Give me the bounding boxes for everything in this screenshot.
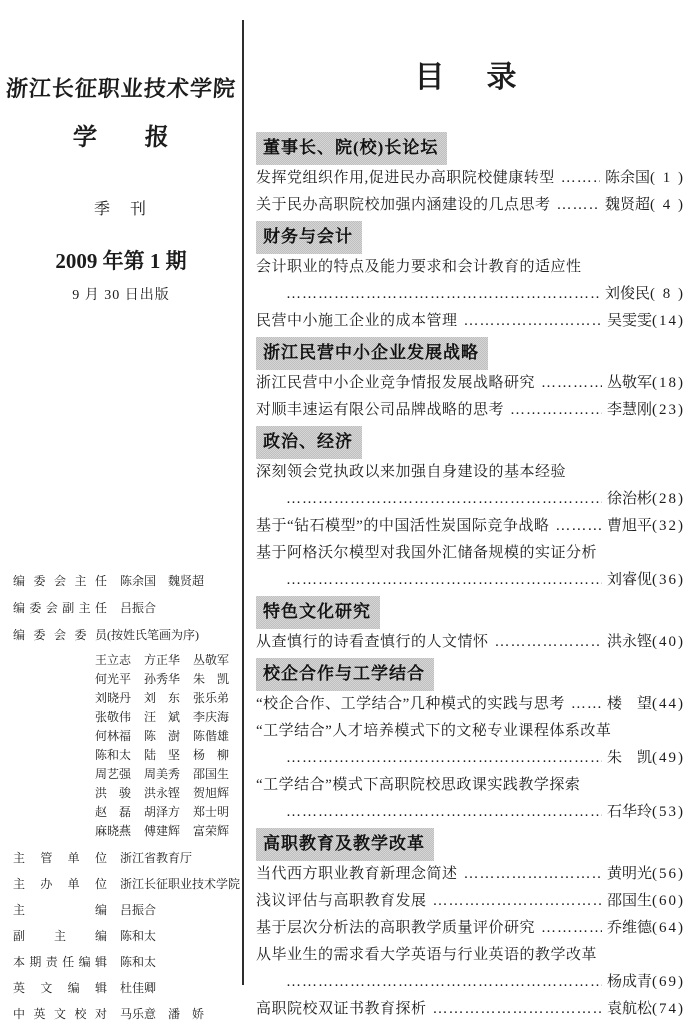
member-name: 陆 坚	[144, 746, 184, 765]
article-page-number: ( 4 )	[650, 192, 685, 219]
member-name: 孙秀华	[144, 670, 184, 689]
article-author: 刘睿伣	[607, 567, 652, 594]
section-header-wrap: 财务与会计	[256, 221, 685, 254]
section-header: 校企合作与工学结合	[256, 658, 434, 691]
member-name: 贺旭辉	[193, 784, 233, 803]
leader-dots: ………………………………………………………………………………………………	[464, 861, 602, 888]
member-name: 洪 骏	[95, 784, 135, 803]
journal-frequency: 季 刊	[0, 196, 242, 219]
toc-entry-continuation-line: ………………………………………………………………………………………………刘俊民(…	[256, 281, 685, 308]
article-author: 丛敬军	[607, 370, 652, 397]
toc-section: 政治、经济 深刻领会党执政以来加强自身建设的基本经验 ……………………………………	[256, 426, 685, 594]
editorial-row-label: 英文编辑	[13, 975, 107, 1001]
article-title: 从毕业生的需求看大学英语与行业英语的教学改革	[256, 942, 597, 969]
article-page-number: (14)	[652, 308, 685, 335]
member-name: 张敬伟	[95, 708, 135, 727]
article-page-number: (64)	[652, 915, 685, 942]
member-name: 陈和太	[95, 746, 135, 765]
section-header: 特色文化研究	[256, 596, 380, 629]
article-title: “校企合作、工学结合”几种模式的实践与思考	[256, 691, 565, 718]
toc-sections: 董事长、院(校)长论坛 发挥党组织作用,促进民办高职院校健康转型………………………	[245, 132, 692, 1023]
article-title: 从查慎行的诗看查慎行的人文情怀	[256, 629, 489, 656]
editorial-row-value: 浙江长征职业技术学院	[120, 877, 240, 891]
leader-dots: ………………………………………………………………………………………………	[433, 996, 602, 1023]
leader-dots: ………………………………………………………………………………………………	[286, 799, 602, 826]
article-author: 陈余国	[605, 165, 650, 192]
section-header: 财务与会计	[256, 221, 362, 254]
article-page-number: (69)	[652, 969, 685, 996]
toc-entry-continuation-line: ………………………………………………………………………………………………杨成青(…	[256, 969, 685, 996]
section-header-wrap: 浙江民营中小企业发展战略	[256, 337, 685, 370]
section-header-wrap: 政治、经济	[256, 426, 685, 459]
editorial-row: 编委会副主任吕振合	[13, 595, 238, 622]
member-row: 洪 骏洪永铿贺旭辉	[95, 784, 238, 803]
article-author: 邵国生	[607, 888, 652, 915]
journal-title: 浙江长征职业技术学院	[0, 72, 243, 103]
editorial-row: 编委会主任陈余国 魏贤超	[13, 568, 238, 595]
member-name: 王立志	[95, 651, 135, 670]
leader-dots: ………………………………………………………………………………………………	[286, 745, 602, 772]
editorial-row: 主办单位浙江长征职业技术学院	[13, 871, 238, 897]
editorial-row: 编委会委员(按姓氏笔画为序)	[13, 622, 238, 649]
toc-entry-continuation-line: ………………………………………………………………………………………………石华玲(…	[256, 799, 685, 826]
article-author: 李慧刚	[607, 397, 652, 424]
editorial-row-label: 副主编	[13, 923, 107, 949]
toc-entry: 高职院校双证书教育探析………………………………………………………………………………	[256, 996, 685, 1023]
toc-section: 董事长、院(校)长论坛 发挥党组织作用,促进民办高职院校健康转型………………………	[256, 132, 685, 219]
leader-dots: ………………………………………………………………………………………………	[286, 281, 600, 308]
article-page-number: (32)	[652, 513, 685, 540]
toc-entry-title-line: 深刻领会党执政以来加强自身建设的基本经验	[256, 459, 685, 486]
article-title: 高职院校双证书教育探析	[256, 996, 427, 1023]
article-author: 曹旭平	[607, 513, 652, 540]
masthead: 浙江长征职业技术学院 学 报 季 刊 2009 年第 1 期 9 月 30 日出…	[0, 0, 242, 304]
member-name: 胡泽方	[144, 803, 184, 822]
toc-section: 财务与会计 会计职业的特点及能力要求和会计教育的适应性 …………………………………	[256, 221, 685, 335]
toc-entry-title-line: 会计职业的特点及能力要求和会计教育的适应性	[256, 254, 685, 281]
editorial-members: 王立志方正华丛敬军何光平孙秀华朱 凯刘晓丹刘 东张乐弟张敬伟汪 斌李庆海何林福陈…	[95, 651, 238, 841]
member-name: 周艺强	[95, 765, 135, 784]
toc-entry: 发挥党组织作用,促进民办高职院校健康转型………………………………………………………	[256, 165, 685, 192]
leader-dots: ………………………………………………………………………………………………	[571, 691, 602, 718]
article-title: “工学结合”人才培养模式下的文秘专业课程体系改革	[256, 718, 611, 745]
toc-entry: 基于层次分析法的高职教学质量评价研究……………………………………………………………	[256, 915, 685, 942]
toc-entry: 民营中小施工企业的成本管理…………………………………………………………………………	[256, 308, 685, 335]
member-row: 何林福陈 澍陈偕雄	[95, 727, 238, 746]
toc-entry-continuation-line: ………………………………………………………………………………………………刘睿伣(…	[256, 567, 685, 594]
article-page-number: (60)	[652, 888, 685, 915]
member-row: 何光平孙秀华朱 凯	[95, 670, 238, 689]
publication-info-rows: 主管单位浙江省教育厅 主办单位浙江长征职业技术学院 主编吕振合 副主编陈和太 本…	[13, 845, 238, 1024]
section-header: 高职教育及教学改革	[256, 828, 434, 861]
article-title: 民营中小施工企业的成本管理	[256, 308, 458, 335]
leader-dots: ………………………………………………………………………………………………	[557, 192, 600, 219]
editorial-row-label: 编委会主任	[13, 568, 107, 595]
member-row: 赵 磊胡泽方郑士明	[95, 803, 238, 822]
section-header: 浙江民营中小企业发展战略	[256, 337, 488, 370]
section-header-wrap: 校企合作与工学结合	[256, 658, 685, 691]
editorial-row-label: 主编	[13, 897, 107, 923]
toc-entry: 关于民办高职院校加强内涵建设的几点思考…………………………………………………………	[256, 192, 685, 219]
member-name: 何光平	[95, 670, 135, 689]
editorial-row: 主编吕振合	[13, 897, 238, 923]
article-author: 魏贤超	[605, 192, 650, 219]
leader-dots: ………………………………………………………………………………………………	[464, 308, 602, 335]
toc-entry-title-line: “工学结合”人才培养模式下的文秘专业课程体系改革	[256, 718, 685, 745]
editorial-board-rows: 编委会主任陈余国 魏贤超 编委会副主任吕振合 编委会委员(按姓氏笔画为序)	[13, 568, 238, 649]
toc-entry: 基于“钻石模型”的中国活性炭国际竞争战略………………………………………………………	[256, 513, 685, 540]
member-name: 陈 澍	[144, 727, 184, 746]
article-title: “工学结合”模式下高职院校思政课实践教学探索	[256, 772, 580, 799]
article-page-number: (36)	[652, 567, 685, 594]
toc-column: 目 录 董事长、院(校)长论坛 发挥党组织作用,促进民办高职院校健康转型……………	[245, 0, 692, 1024]
left-column: 浙江长征职业技术学院 学 报 季 刊 2009 年第 1 期 9 月 30 日出…	[0, 0, 242, 1024]
leader-dots: ………………………………………………………………………………………………	[541, 370, 602, 397]
editorial-row-label: 主管单位	[13, 845, 107, 871]
article-author: 楼 望	[607, 691, 652, 718]
member-name: 丛敬军	[193, 651, 233, 670]
article-page-number: (44)	[652, 691, 685, 718]
article-author: 刘俊民	[605, 281, 650, 308]
editorial-row-value: 浙江省教育厅	[120, 851, 192, 865]
member-name: 邵国生	[193, 765, 233, 784]
leader-dots: ………………………………………………………………………………………………	[561, 165, 600, 192]
editorial-row-label: 本期责任编辑	[13, 949, 107, 975]
article-author: 吴雯雯	[607, 308, 652, 335]
journal-issue: 2009 年第 1 期	[0, 245, 242, 275]
article-title: 基于层次分析法的高职教学质量评价研究	[256, 915, 535, 942]
toc-entry-continuation-line: ………………………………………………………………………………………………朱 凯(…	[256, 745, 685, 772]
editorial-row: 英文编辑杜佳卿	[13, 975, 238, 1001]
member-name: 朱 凯	[193, 670, 233, 689]
section-header: 董事长、院(校)长论坛	[256, 132, 447, 165]
editorial-row-value: (按姓氏笔画为序)	[107, 628, 199, 642]
toc-section: 高职教育及教学改革 当代西方职业教育新理念简述………………………………………………	[256, 828, 685, 1023]
journal-publish-date: 9 月 30 日出版	[0, 284, 242, 304]
member-name: 麻晓燕	[95, 822, 135, 841]
editorial-block: 编委会主任陈余国 魏贤超 编委会副主任吕振合 编委会委员(按姓氏笔画为序) 王立…	[13, 568, 238, 1024]
member-name: 方正华	[144, 651, 184, 670]
toc-entry: 浙江民营中小企业竞争情报发展战略研究……………………………………………………………	[256, 370, 685, 397]
member-name: 刘晓丹	[95, 689, 135, 708]
leader-dots: ………………………………………………………………………………………………	[286, 969, 602, 996]
article-author: 朱 凯	[607, 745, 652, 772]
member-name: 张乐弟	[193, 689, 233, 708]
editorial-row-value: 陈和太	[120, 955, 156, 969]
article-title: 基于阿格沃尔模型对我国外汇储备规模的实证分析	[256, 540, 597, 567]
member-name: 郑士明	[193, 803, 233, 822]
editorial-row: 主管单位浙江省教育厅	[13, 845, 238, 871]
article-page-number: (53)	[652, 799, 685, 826]
section-header-wrap: 董事长、院(校)长论坛	[256, 132, 685, 165]
article-author: 乔维德	[607, 915, 652, 942]
toc-entry: 对顺丰速运有限公司品牌战略的思考…………………………………………………………………	[256, 397, 685, 424]
editorial-row-value: 吕振合	[120, 601, 156, 615]
editorial-row-label: 主办单位	[13, 871, 107, 897]
section-header-wrap: 高职教育及教学改革	[256, 828, 685, 861]
article-author: 黄明光	[607, 861, 652, 888]
leader-dots: ………………………………………………………………………………………………	[555, 513, 602, 540]
editorial-row-value: 吕振合	[120, 903, 156, 917]
toc-entry-title-line: “工学结合”模式下高职院校思政课实践教学探索	[256, 772, 685, 799]
toc-entry-title-line: 基于阿格沃尔模型对我国外汇储备规模的实证分析	[256, 540, 685, 567]
article-title: 当代西方职业教育新理念简述	[256, 861, 458, 888]
member-name: 何林福	[95, 727, 135, 746]
leader-dots: ………………………………………………………………………………………………	[286, 567, 602, 594]
journal-toc-page: 浙江长征职业技术学院 学 报 季 刊 2009 年第 1 期 9 月 30 日出…	[0, 0, 692, 1024]
member-name: 杨 柳	[193, 746, 233, 765]
editorial-row: 本期责任编辑陈和太	[13, 949, 238, 975]
leader-dots: ………………………………………………………………………………………………	[286, 486, 602, 513]
article-author: 徐治彬	[607, 486, 652, 513]
article-page-number: (40)	[652, 629, 685, 656]
column-divider	[242, 20, 244, 985]
member-row: 周艺强周美秀邵国生	[95, 765, 238, 784]
article-title: 浙江民营中小企业竞争情报发展战略研究	[256, 370, 535, 397]
toc-entry: 从查慎行的诗看查慎行的人文情怀……………………………………………………………………	[256, 629, 685, 656]
article-author: 石华玲	[607, 799, 652, 826]
article-page-number: ( 1 )	[650, 165, 685, 192]
member-row: 王立志方正华丛敬军	[95, 651, 238, 670]
article-title: 会计职业的特点及能力要求和会计教育的适应性	[256, 254, 582, 281]
member-name: 洪永铿	[144, 784, 184, 803]
member-name: 赵 磊	[95, 803, 135, 822]
member-name: 李庆海	[193, 708, 233, 727]
editorial-row-value: 杜佳卿	[120, 981, 156, 995]
member-name: 傅建辉	[144, 822, 184, 841]
toc-section: 特色文化研究 从查慎行的诗看查慎行的人文情怀…………………………………………………	[256, 596, 685, 656]
article-title: 浅议评估与高职教育发展	[256, 888, 427, 915]
leader-dots: ………………………………………………………………………………………………	[495, 629, 602, 656]
toc-section: 浙江民营中小企业发展战略 浙江民营中小企业竞争情报发展战略研究…………………………	[256, 337, 685, 424]
toc-entry: 当代西方职业教育新理念简述…………………………………………………………………………	[256, 861, 685, 888]
member-name: 周美秀	[144, 765, 184, 784]
toc-entry-continuation-line: ………………………………………………………………………………………………徐治彬(…	[256, 486, 685, 513]
article-page-number: (49)	[652, 745, 685, 772]
leader-dots: ………………………………………………………………………………………………	[541, 915, 602, 942]
editorial-row-label: 编委会副主任	[13, 595, 107, 622]
member-row: 刘晓丹刘 东张乐弟	[95, 689, 238, 708]
member-row: 麻晓燕傅建辉富荣辉	[95, 822, 238, 841]
section-header: 政治、经济	[256, 426, 362, 459]
section-header-wrap: 特色文化研究	[256, 596, 685, 629]
article-title: 对顺丰速运有限公司品牌战略的思考	[256, 397, 504, 424]
editorial-row-value: 陈余国 魏贤超	[120, 574, 204, 588]
editorial-row-value: 马乐意 潘 娇	[120, 1007, 204, 1021]
member-name: 刘 东	[144, 689, 184, 708]
leader-dots: ………………………………………………………………………………………………	[433, 888, 602, 915]
article-title: 发挥党组织作用,促进民办高职院校健康转型	[256, 165, 555, 192]
article-page-number: (56)	[652, 861, 685, 888]
article-page-number: ( 8 )	[650, 281, 685, 308]
member-name: 汪 斌	[144, 708, 184, 727]
journal-title-line2: 学 报	[0, 117, 243, 152]
article-page-number: (18)	[652, 370, 685, 397]
toc-entry: “校企合作、工学结合”几种模式的实践与思考……………………………………………………	[256, 691, 685, 718]
member-row: 张敬伟汪 斌李庆海	[95, 708, 238, 727]
member-name: 陈偕雄	[193, 727, 233, 746]
toc-entry: 浅议评估与高职教育发展………………………………………………………………………………	[256, 888, 685, 915]
article-page-number: (23)	[652, 397, 685, 424]
member-row: 陈和太陆 坚杨 柳	[95, 746, 238, 765]
toc-entry-title-line: 从毕业生的需求看大学英语与行业英语的教学改革	[256, 942, 685, 969]
toc-title: 目 录	[245, 0, 692, 96]
editorial-row-label: 编委会委员	[13, 622, 107, 649]
editorial-row: 中英文校对马乐意 潘 娇	[13, 1001, 238, 1024]
leader-dots: ………………………………………………………………………………………………	[510, 397, 602, 424]
article-title: 深刻领会党执政以来加强自身建设的基本经验	[256, 459, 566, 486]
editorial-row: 副主编陈和太	[13, 923, 238, 949]
article-page-number: (28)	[652, 486, 685, 513]
article-title: 关于民办高职院校加强内涵建设的几点思考	[256, 192, 551, 219]
article-page-number: (74)	[652, 996, 685, 1023]
toc-section: 校企合作与工学结合 “校企合作、工学结合”几种模式的实践与思考…………………………	[256, 658, 685, 826]
member-name: 富荣辉	[193, 822, 233, 841]
editorial-row-label: 中英文校对	[13, 1001, 107, 1024]
article-author: 洪永铿	[607, 629, 652, 656]
editorial-row-value: 陈和太	[120, 929, 156, 943]
article-author: 袁航松	[607, 996, 652, 1023]
article-title: 基于“钻石模型”的中国活性炭国际竞争战略	[256, 513, 549, 540]
article-author: 杨成青	[607, 969, 652, 996]
